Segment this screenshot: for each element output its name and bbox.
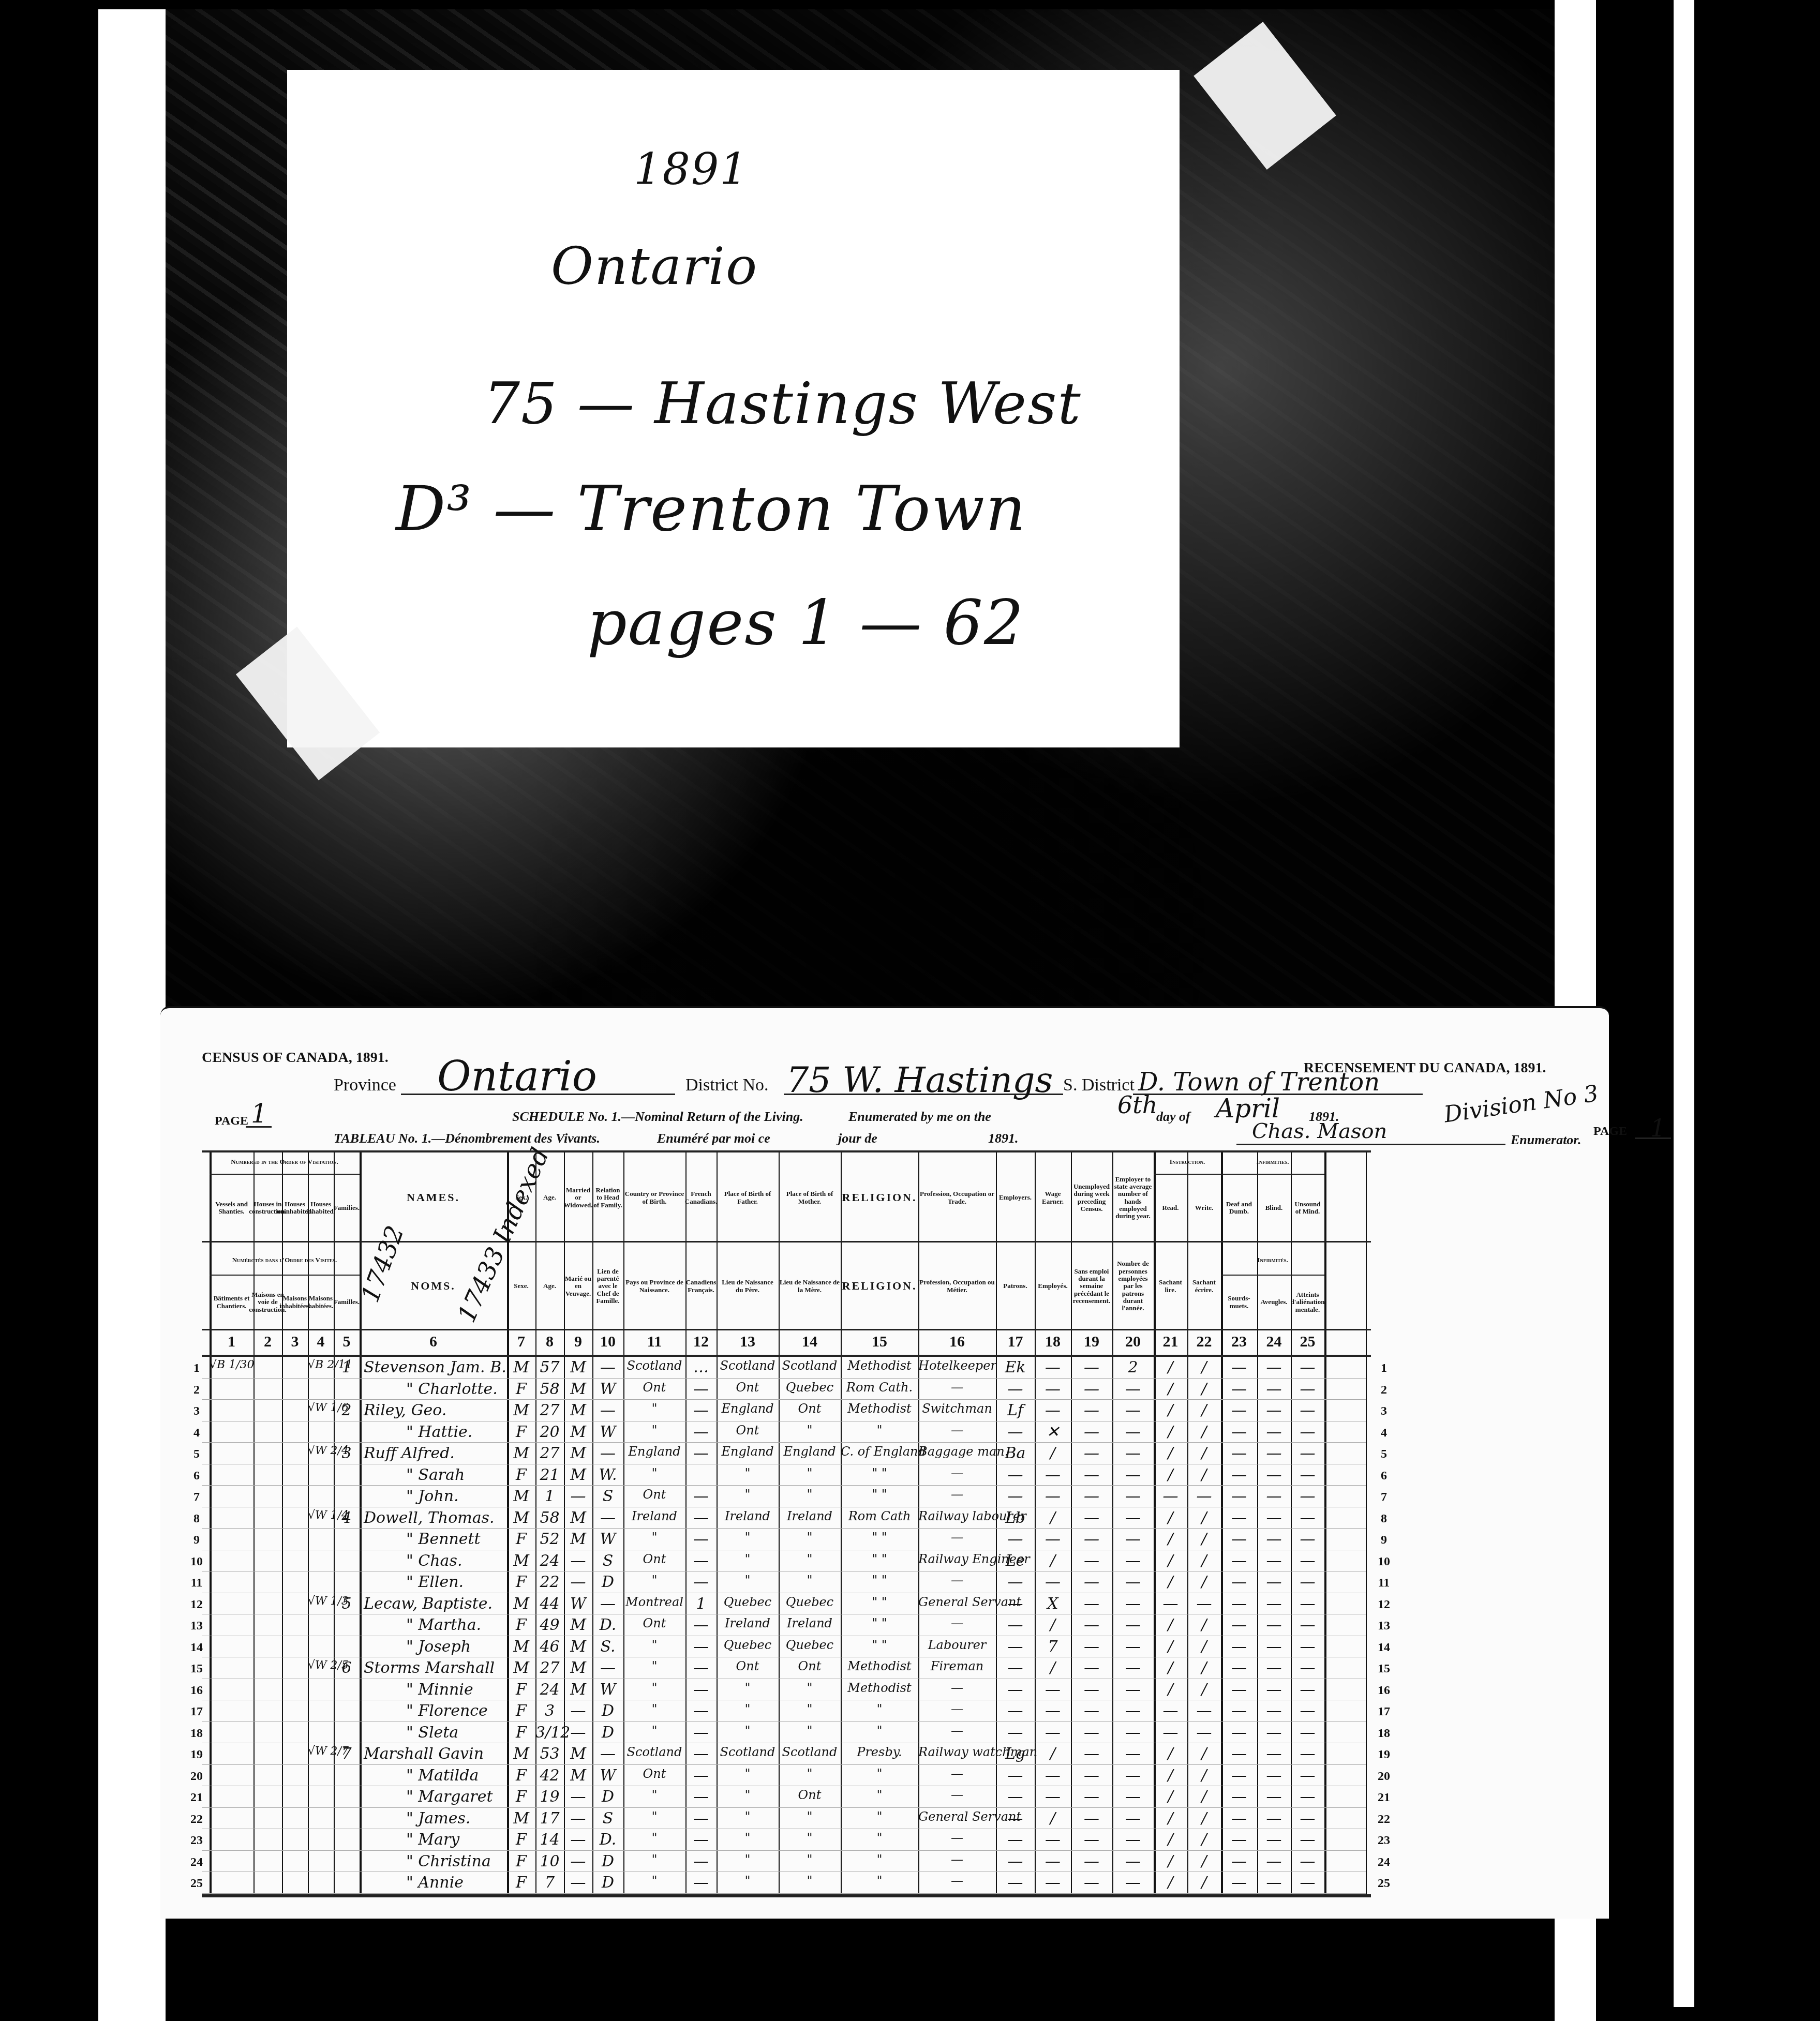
column-header-en: Relation to Head of Family. <box>592 1155 623 1241</box>
table-cell-c23: — <box>1221 1681 1257 1699</box>
column-header-en: Employer to state average number of hand… <box>1112 1155 1154 1241</box>
table-cell-c20: — <box>1112 1852 1154 1870</box>
table-cell-c21: / <box>1154 1552 1187 1570</box>
table-cell-c24: — <box>1257 1724 1291 1742</box>
table-cell-c20: — <box>1112 1809 1154 1828</box>
column-number: 23 <box>1221 1333 1257 1351</box>
table-cell-c20: — <box>1112 1681 1154 1699</box>
table-cell-c22: / <box>1187 1681 1221 1699</box>
row-number-left: 23 <box>186 1834 207 1848</box>
district-value: 75 W. Hastings <box>786 1060 1053 1101</box>
table-cell-c18: — <box>1035 1724 1071 1742</box>
table-cell-age: 46 <box>535 1638 564 1656</box>
table-cell-c23: — <box>1221 1874 1257 1892</box>
table-cell-occ: — <box>918 1788 996 1802</box>
table-cell-c20: — <box>1112 1423 1154 1441</box>
enumere-text-b: jour de <box>838 1131 877 1146</box>
table-cell-occ: — <box>918 1466 996 1480</box>
table-cell-c24: — <box>1257 1380 1291 1398</box>
row-number-left: 15 <box>186 1662 207 1676</box>
table-cell-father: " <box>717 1681 779 1695</box>
table-cell-c24: — <box>1257 1466 1291 1484</box>
table-cell-sex: M <box>507 1638 535 1656</box>
table-cell-mar: — <box>564 1724 592 1742</box>
table-cell-c19: — <box>1071 1616 1112 1634</box>
label-pages: pages 1 — 62 <box>587 592 1024 654</box>
table-cell-mar: M <box>564 1530 592 1548</box>
table-cell-sex: M <box>507 1487 535 1505</box>
row-rule <box>202 1700 1366 1700</box>
row-rule <box>202 1378 1366 1379</box>
group-header-visitation-en: Numbered in the Order of Visitation. <box>210 1150 360 1174</box>
table-cell-mar: — <box>564 1552 592 1570</box>
table-cell-mar: M <box>564 1380 592 1398</box>
table-cell-c23: — <box>1221 1745 1257 1763</box>
table-cell-birth: Ont <box>623 1552 685 1566</box>
table-cell-c23: — <box>1221 1852 1257 1870</box>
table-cell-emp: — <box>996 1831 1035 1849</box>
table-cell-emp: — <box>996 1809 1035 1828</box>
table-cell-age: 58 <box>535 1380 564 1398</box>
signature-underline <box>1236 1144 1505 1145</box>
column-header-fr: Marié ou en Veuvage. <box>564 1244 592 1329</box>
table-cell-father: Ont <box>717 1380 779 1395</box>
table-cell-c19: — <box>1071 1659 1112 1677</box>
table-cell-sex: F <box>507 1573 535 1591</box>
table-cell-c24: — <box>1257 1831 1291 1849</box>
table-cell-birth: " <box>623 1788 685 1802</box>
table-cell-occ: — <box>918 1852 996 1867</box>
table-cell-mother: " <box>779 1852 841 1867</box>
table-cell-mar: M <box>564 1616 592 1634</box>
table-cell-mar: — <box>564 1874 592 1892</box>
table-cell-c22: / <box>1187 1358 1221 1376</box>
table-cell-occ: — <box>918 1702 996 1716</box>
table-cell-father: " <box>717 1831 779 1845</box>
table-cell-fc: — <box>685 1444 717 1462</box>
column-number: 15 <box>841 1333 918 1351</box>
table-cell-birth: " <box>623 1852 685 1867</box>
table-cell-fam: 7 <box>334 1745 360 1763</box>
table-cell-c23: — <box>1221 1831 1257 1849</box>
table-cell-mother: " <box>779 1466 841 1480</box>
table-cell-mother: Scotland <box>779 1358 841 1373</box>
table-cell-religion: Methodist <box>841 1681 918 1695</box>
table-cell-sex: M <box>507 1444 535 1462</box>
table-cell-c22: / <box>1187 1380 1221 1398</box>
table-cell-c18: / <box>1035 1509 1071 1527</box>
column-header-fr: Sexe. <box>507 1244 535 1329</box>
table-cell-emp: Lf <box>996 1401 1035 1419</box>
table-cell-c25: — <box>1291 1401 1324 1419</box>
table-cell-mar: M <box>564 1659 592 1677</box>
table-cell-c18: — <box>1035 1702 1071 1720</box>
table-cell-c20: — <box>1112 1595 1154 1613</box>
row-rule <box>202 1528 1366 1529</box>
table-cell-mother: Quebec <box>779 1380 841 1395</box>
table-cell-c23: — <box>1221 1444 1257 1462</box>
table-cell-c25: — <box>1291 1380 1324 1398</box>
table-cell-c18: — <box>1035 1466 1071 1484</box>
column-number: 14 <box>779 1333 841 1351</box>
table-cell-mother: " <box>779 1831 841 1845</box>
table-cell-c19: — <box>1071 1831 1112 1849</box>
table-cell-sex: F <box>507 1874 535 1892</box>
table-cell-mother: Ont <box>779 1788 841 1802</box>
table-cell-mar: M <box>564 1766 592 1785</box>
row-number-left: 4 <box>186 1426 207 1440</box>
table-cell-emp: Le <box>996 1552 1035 1570</box>
table-cell-c25: — <box>1291 1681 1324 1699</box>
row-number-right: 1 <box>1374 1361 1394 1375</box>
table-cell-rel: S. <box>592 1638 623 1656</box>
table-cell-c20: — <box>1112 1552 1154 1570</box>
table-cell-c24: — <box>1257 1444 1291 1462</box>
row-rule <box>202 1399 1366 1400</box>
table-cell-c24: — <box>1257 1809 1291 1828</box>
column-number: 11 <box>623 1333 685 1351</box>
table-cell-c20: — <box>1112 1444 1154 1462</box>
table-cell-c23: — <box>1221 1766 1257 1785</box>
table-cell-rel: S <box>592 1809 623 1828</box>
row-number-left: 10 <box>186 1555 207 1569</box>
table-cell-age: 7 <box>535 1874 564 1892</box>
table-cell-c19: — <box>1071 1766 1112 1785</box>
table-cell-birth: " <box>623 1573 685 1588</box>
row-rule <box>202 1571 1366 1571</box>
column-header-en: Read. <box>1154 1175 1187 1241</box>
table-cell-c18: 7 <box>1035 1638 1071 1656</box>
table-cell-sex: F <box>507 1702 535 1720</box>
table-cell-c19: — <box>1071 1702 1112 1720</box>
table-cell-father: Quebec <box>717 1638 779 1652</box>
row-rule <box>202 1507 1366 1507</box>
column-number: 12 <box>685 1333 717 1351</box>
table-cell-emp: — <box>996 1380 1035 1398</box>
table-cell-mar: M <box>564 1509 592 1527</box>
row-number-left: 16 <box>186 1684 207 1698</box>
table-cell-c18: — <box>1035 1831 1071 1849</box>
column-number: 21 <box>1154 1333 1187 1351</box>
table-cell-c20: — <box>1112 1874 1154 1892</box>
table-cell-sex: M <box>507 1809 535 1828</box>
row-rule <box>202 1464 1366 1464</box>
table-cell-age: 52 <box>535 1530 564 1548</box>
enumerated-text-b: day of <box>1156 1109 1190 1125</box>
table-cell-fc: — <box>685 1573 717 1591</box>
schedule-title-en: SCHEDULE No. 1.—Nominal Return of the Li… <box>512 1109 803 1125</box>
table-cell-c19: — <box>1071 1724 1112 1742</box>
table-cell-age: 53 <box>535 1745 564 1763</box>
table-cell-c24: — <box>1257 1573 1291 1591</box>
row-number-left: 17 <box>186 1705 207 1719</box>
table-cell-c21: / <box>1154 1852 1187 1870</box>
table-cell-c24: — <box>1257 1638 1291 1656</box>
column-number: 25 <box>1291 1333 1324 1351</box>
table-cell-age: 24 <box>535 1552 564 1570</box>
table-cell-sex: F <box>507 1831 535 1849</box>
group-header-infirmities-fr: Infirmités. <box>1221 1249 1324 1272</box>
table-cell-c19: — <box>1071 1809 1112 1828</box>
table-cell-c18: — <box>1035 1401 1071 1419</box>
table-cell-religion: " <box>841 1724 918 1738</box>
row-number-left: 5 <box>186 1447 207 1461</box>
table-cell-c24: — <box>1257 1681 1291 1699</box>
table-cell-c22: / <box>1187 1509 1221 1527</box>
label-year: 1891 <box>634 147 749 191</box>
table-cell-occ: General Servant <box>918 1595 996 1609</box>
row-number-left: 19 <box>186 1748 207 1762</box>
table-cell-c18: — <box>1035 1487 1071 1505</box>
table-cell-father: " <box>717 1788 779 1802</box>
table-cell-c19: — <box>1071 1745 1112 1763</box>
column-header-en: Houses inhabited. <box>308 1175 334 1241</box>
table-cell-c24: — <box>1257 1745 1291 1763</box>
table-cell-sex: M <box>507 1401 535 1419</box>
table-cell-mother: Ireland <box>779 1616 841 1630</box>
table-cell-father: Scotland <box>717 1745 779 1759</box>
table-cell-c23: — <box>1221 1702 1257 1720</box>
table-cell-c20: — <box>1112 1573 1154 1591</box>
table-cell-c23: — <box>1221 1552 1257 1570</box>
table-cell-rel: D. <box>592 1831 623 1849</box>
table-cell-sex: M <box>507 1595 535 1613</box>
row-number-left: 22 <box>186 1813 207 1827</box>
table-cell-c20: — <box>1112 1487 1154 1505</box>
table-cell-c4: √W 2/5 <box>308 1659 334 1672</box>
table-cell-c24: — <box>1257 1487 1291 1505</box>
table-cell-name: " Minnie <box>406 1681 507 1699</box>
row-number-right: 9 <box>1374 1533 1394 1547</box>
table-cell-occ: — <box>918 1766 996 1781</box>
table-cell-rel: W <box>592 1530 623 1548</box>
table-cell-c22: / <box>1187 1573 1221 1591</box>
table-cell-c20: — <box>1112 1638 1154 1656</box>
table-cell-name: " Joseph <box>406 1638 507 1656</box>
table-cell-c24: — <box>1257 1852 1291 1870</box>
table-cell-c19: — <box>1071 1874 1112 1892</box>
row-number-left: 20 <box>186 1770 207 1784</box>
page-value-left: 1 <box>251 1099 267 1129</box>
table-cell-c21: / <box>1154 1616 1187 1634</box>
table-cell-father: " <box>717 1874 779 1888</box>
census-title-en: CENSUS OF CANADA, 1891. <box>202 1050 389 1066</box>
table-cell-fc: — <box>685 1487 717 1505</box>
table-cell-c22: / <box>1187 1552 1221 1570</box>
column-header-en: Unemployed during week preceding Census. <box>1071 1155 1112 1241</box>
table-cell-birth: Ont <box>623 1380 685 1395</box>
table-cell-fc: — <box>685 1852 717 1870</box>
table-cell-name: " Margaret <box>406 1788 507 1806</box>
table-cell-mother: Ireland <box>779 1509 841 1523</box>
table-cell-occ: — <box>918 1724 996 1738</box>
table-cell-rel: — <box>592 1659 623 1677</box>
table-cell-religion: " <box>841 1702 918 1716</box>
row-number-right: 24 <box>1374 1855 1394 1869</box>
table-cell-occ: — <box>918 1831 996 1845</box>
table-cell-c21: / <box>1154 1423 1187 1441</box>
column-number: 13 <box>717 1333 779 1351</box>
row-number-right: 12 <box>1374 1598 1394 1612</box>
table-cell-religion: " <box>841 1852 918 1867</box>
row-number-right: 4 <box>1374 1426 1394 1440</box>
table-cell-c22: / <box>1187 1766 1221 1785</box>
table-cell-birth: Ont <box>623 1766 685 1781</box>
table-cell-birth: England <box>623 1444 685 1459</box>
table-cell-name: " Sleta <box>406 1724 507 1742</box>
table-cell-rel: — <box>592 1745 623 1763</box>
table-cell-c22: / <box>1187 1401 1221 1419</box>
row-number-right: 17 <box>1374 1705 1394 1719</box>
table-cell-age: 3/12 <box>535 1724 564 1742</box>
table-cell-mar: M <box>564 1401 592 1419</box>
table-cell-fc: — <box>685 1401 717 1419</box>
table-cell-mar: — <box>564 1702 592 1720</box>
table-cell-sex: F <box>507 1852 535 1870</box>
table-cell-c20: — <box>1112 1530 1154 1548</box>
enumere-text-a: Enuméré par moi ce <box>657 1131 770 1146</box>
table-cell-rel: D <box>592 1724 623 1742</box>
column-header-fr: Sans emploi durant la semaine précédant … <box>1071 1244 1112 1329</box>
table-cell-c4: √W 2/4 <box>308 1444 334 1457</box>
table-cell-religion: " <box>841 1766 918 1781</box>
column-number: 22 <box>1187 1333 1221 1351</box>
column-number: 8 <box>535 1333 564 1351</box>
table-cell-fc: — <box>685 1809 717 1828</box>
table-cell-c18: — <box>1035 1530 1071 1548</box>
table-cell-occ: — <box>918 1380 996 1395</box>
row-number-left: 1 <box>186 1361 207 1375</box>
table-cell-birth: " <box>623 1423 685 1438</box>
table-cell-age: 19 <box>535 1788 564 1806</box>
table-cell-occ: — <box>918 1874 996 1888</box>
table-cell-c19: — <box>1071 1852 1112 1870</box>
row-number-right: 5 <box>1374 1447 1394 1461</box>
table-cell-name: Marshall Gavin <box>364 1745 507 1763</box>
table-cell-c25: — <box>1291 1358 1324 1376</box>
table-cell-sex: M <box>507 1552 535 1570</box>
table-cell-name: " James. <box>406 1809 507 1828</box>
table-cell-occ: — <box>918 1573 996 1588</box>
column-header-en: RELIGION. <box>841 1155 918 1241</box>
row-rule <box>202 1721 1366 1722</box>
header-rule <box>202 1329 1371 1330</box>
row-rule <box>202 1893 1366 1894</box>
row-rule <box>202 1421 1366 1421</box>
table-cell-c21: / <box>1154 1874 1187 1892</box>
census-table: Numbered in the Order of Visitation.Numé… <box>202 1150 1593 1898</box>
column-header-en: Profession, Occupation or Trade. <box>918 1155 996 1241</box>
table-cell-sex: M <box>507 1659 535 1677</box>
table-cell-mother: " <box>779 1681 841 1695</box>
label-province: Ontario <box>551 241 758 292</box>
row-rule <box>202 1442 1366 1443</box>
table-cell-c19: — <box>1071 1681 1112 1699</box>
table-cell-c24: — <box>1257 1595 1291 1613</box>
table-cell-c22: / <box>1187 1788 1221 1806</box>
table-cell-mother: Quebec <box>779 1595 841 1609</box>
table-cell-c20: 2 <box>1112 1358 1154 1376</box>
column-header-en: Country or Province of Birth. <box>623 1155 685 1241</box>
table-cell-c20: — <box>1112 1724 1154 1742</box>
table-cell-c23: — <box>1221 1573 1257 1591</box>
table-cell-c18: — <box>1035 1573 1071 1591</box>
table-cell-rel: W <box>592 1766 623 1785</box>
table-cell-age: 20 <box>535 1423 564 1441</box>
table-cell-c19: — <box>1071 1788 1112 1806</box>
table-cell-mother: " <box>779 1487 841 1502</box>
table-cell-father: Ont <box>717 1659 779 1673</box>
table-cell-rel: W. <box>592 1466 623 1484</box>
table-cell-fam: 1 <box>334 1358 360 1376</box>
table-cell-religion: Methodist <box>841 1358 918 1373</box>
table-cell-rel: D <box>592 1702 623 1720</box>
column-header-fr: Sachant lire. <box>1154 1244 1187 1329</box>
row-number-right: 3 <box>1374 1404 1394 1418</box>
table-cell-c21: / <box>1154 1745 1187 1763</box>
column-number: 7 <box>507 1333 535 1351</box>
table-cell-religion: Presby. <box>841 1745 918 1759</box>
table-cell-fam: 3 <box>334 1444 360 1462</box>
column-number: 16 <box>918 1333 996 1351</box>
table-cell-birth: " <box>623 1874 685 1888</box>
table-cell-mother: " <box>779 1702 841 1716</box>
table-cell-fc: — <box>685 1638 717 1656</box>
table-cell-age: 49 <box>535 1616 564 1634</box>
enumerator-signature: Chas. Mason <box>1252 1119 1387 1143</box>
table-cell-occ: — <box>918 1616 996 1630</box>
table-cell-c22: — <box>1187 1724 1221 1742</box>
table-cell-fc: — <box>685 1724 717 1742</box>
table-cell-age: 27 <box>535 1401 564 1419</box>
table-cell-name: " John. <box>406 1487 507 1505</box>
table-cell-father: England <box>717 1444 779 1459</box>
row-number-right: 20 <box>1374 1770 1394 1784</box>
table-cell-fc: — <box>685 1766 717 1785</box>
table-cell-c4: √W 1/3 <box>308 1595 334 1608</box>
table-cell-birth: " <box>623 1530 685 1545</box>
header-rule <box>202 1894 1371 1897</box>
table-cell-c24: — <box>1257 1423 1291 1441</box>
table-cell-sex: F <box>507 1380 535 1398</box>
table-cell-name: " Martha. <box>406 1616 507 1634</box>
column-number: 3 <box>282 1333 308 1351</box>
table-cell-father: " <box>717 1766 779 1781</box>
table-cell-c19: — <box>1071 1380 1112 1398</box>
table-cell-sex: F <box>507 1423 535 1441</box>
table-cell-fc: — <box>685 1831 717 1849</box>
table-cell-father: " <box>717 1530 779 1545</box>
column-header-fr: Lieu de Naissance du Père. <box>717 1244 779 1329</box>
table-cell-birth: " <box>623 1681 685 1695</box>
table-cell-c25: — <box>1291 1809 1324 1828</box>
row-number-right: 15 <box>1374 1662 1394 1676</box>
table-cell-name: Storms Marshall <box>364 1659 507 1677</box>
column-header-en: Unsound of Mind. <box>1291 1175 1324 1241</box>
table-cell-birth: Ireland <box>623 1509 685 1523</box>
table-cell-c20: — <box>1112 1659 1154 1677</box>
table-cell-c20: — <box>1112 1788 1154 1806</box>
table-cell-rel: — <box>592 1358 623 1376</box>
table-cell-birth: Ont <box>623 1616 685 1630</box>
table-cell-age: 10 <box>535 1852 564 1870</box>
table-cell-mother: Quebec <box>779 1638 841 1652</box>
table-cell-fc: — <box>685 1659 717 1677</box>
column-header-en: Place of Birth of Mother. <box>779 1155 841 1241</box>
census-sheet: CENSUS OF CANADA, 1891. RECENSEMENT DU C… <box>160 1006 1609 1919</box>
table-cell-name: " Annie <box>406 1874 507 1892</box>
table-cell-age: 22 <box>535 1573 564 1591</box>
